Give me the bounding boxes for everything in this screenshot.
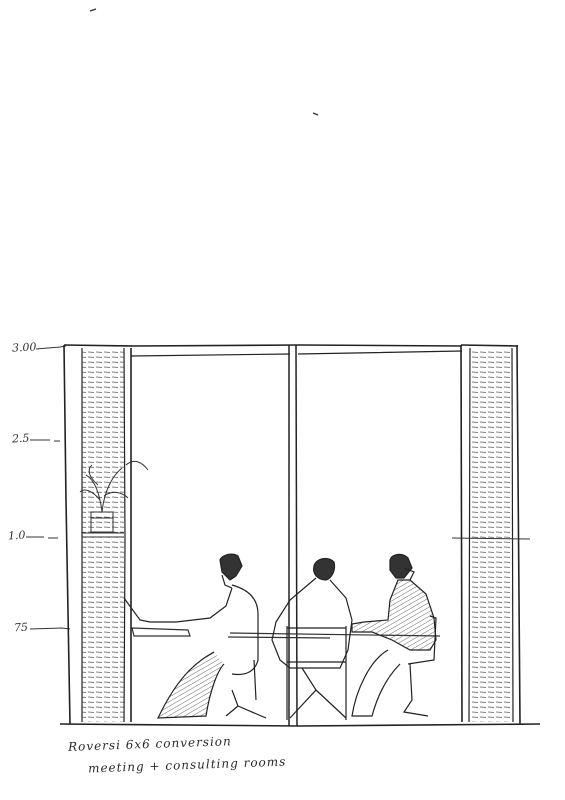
dimension-label-75: 75: [14, 621, 29, 635]
left-column: [64, 345, 132, 724]
dimension-label-300: 3.00: [12, 340, 37, 354]
dimension-ticks: [26, 346, 70, 629]
dimension-label-25: 2.5: [12, 432, 30, 446]
dimension-label-10: 1.0: [8, 529, 26, 543]
architectural-sketch: [0, 0, 565, 800]
frame: [60, 345, 540, 726]
stray-marks: [90, 9, 318, 115]
right-column: [452, 345, 530, 724]
person-center: [272, 559, 352, 720]
